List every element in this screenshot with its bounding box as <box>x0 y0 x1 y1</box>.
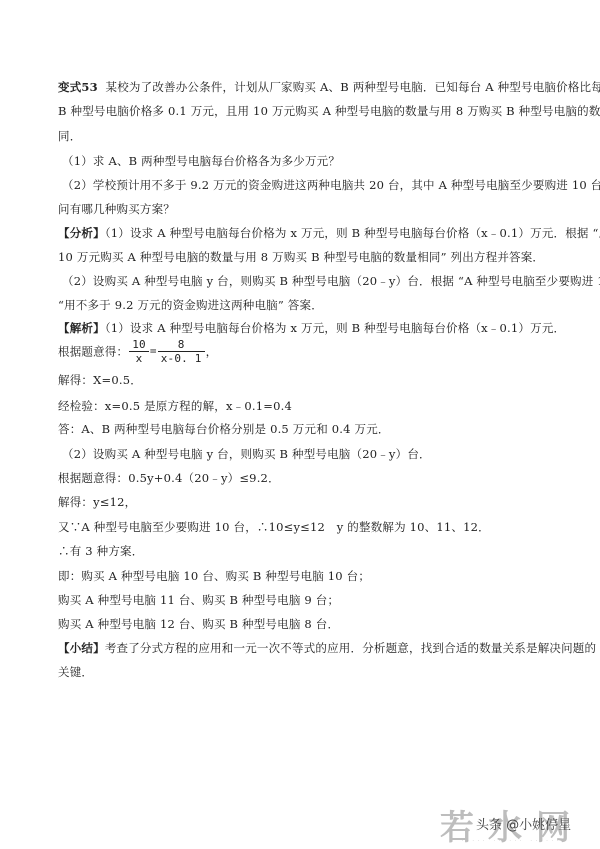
solution-step: 根据题意得：0.5y+0.4（20﹣y）≤9.2． <box>58 471 280 485</box>
analysis-label: 【分析】 <box>58 226 105 240</box>
watermark-subtext: ····· ······ ······ <box>462 838 562 843</box>
analysis-line-3: （2）设购买 A 种型号电脑 y 台，则购买 B 种型号电脑（20﹣y）台．根据… <box>62 274 600 288</box>
problem-line-2: B 种型号电脑价格多 0.1 万元，且用 10 万元购买 A 种型号电脑的数量与… <box>58 104 600 118</box>
problem-label: 变式53 <box>58 80 98 94</box>
analysis-line-4: “用不多于 9.2 万元的资金购进这两种电脑” 答案． <box>58 298 323 312</box>
equation-line: 根据题意得：10x=8x-0. 1， <box>58 338 217 365</box>
solution-step: 即：购买 A 种型号电脑 10 台、购买 B 种型号电脑 10 台； <box>58 569 370 583</box>
solution-step: （2）设购买 A 种型号电脑 y 台，则购买 B 种型号电脑（20﹣y）台． <box>62 447 431 461</box>
solution-step: 又∵A 种型号电脑至少要购进 10 台，∴10≤y≤12 y 的整数解为 10、… <box>58 520 490 534</box>
summary-label: 【小结】 <box>58 641 105 655</box>
solution-line-1: 【解析】（1）设求 A 种型号电脑每台价格为 x 万元，则 B 种型号电脑每台价… <box>58 321 565 335</box>
fraction-right: 8x-0. 1 <box>158 338 205 365</box>
analysis-line-1: 【分析】（1）设求 A 种型号电脑每台价格为 x 万元，则 B 种型号电脑每台价… <box>58 226 600 240</box>
fraction-left: 10x <box>129 338 149 365</box>
solution-step: 解得：y≤12， <box>58 495 136 509</box>
question-2-line-2: 问有哪几种购买方案？ <box>58 202 175 216</box>
document-page: 变式53 某校为了改善办公条件，计划从厂家购买 A、B 两种型号电脑．已知每台 … <box>0 0 600 849</box>
summary-line-2: 关键． <box>58 665 93 679</box>
analysis-line-2: 10 万元购买 A 种型号电脑的数量与用 8 万购买 B 种型号电脑的数量相同”… <box>58 250 544 264</box>
watermark: 若水网 头条 @小姚停星 ····· ······ ······ <box>440 800 590 845</box>
summary-line-1: 【小结】考查了分式方程的应用和一元一次不等式的应用．分析题意，找到合适的数量关系… <box>58 641 596 655</box>
solution-step: 答：A、B 两种型号电脑每台价格分别是 0.5 万元和 0.4 万元． <box>58 422 390 436</box>
question-1: （1）求 A、B 两种型号电脑每台价格各为多少万元？ <box>62 154 340 168</box>
solution-step: 购买 A 种型号电脑 11 台、购买 B 种型号电脑 9 台； <box>58 593 339 607</box>
solution-step: 解得：X=0.5． <box>58 373 142 387</box>
watermark-author: 头条 @小姚停星 <box>476 814 571 833</box>
problem-line-1: 变式53 某校为了改善办公条件，计划从厂家购买 A、B 两种型号电脑．已知每台 … <box>58 80 600 94</box>
question-2-line-1: （2）学校预计用不多于 9.2 万元的资金购进这两种电脑共 20 台，其中 A … <box>62 178 600 192</box>
solution-step: 经检验：x=0.5 是原方程的解，x﹣0.1=0.4 <box>58 399 292 413</box>
problem-line-3: 同． <box>58 129 81 143</box>
solution-label: 【解析】 <box>58 321 105 335</box>
solution-step: 购买 A 种型号电脑 12 台、购买 B 种型号电脑 8 台． <box>58 617 339 631</box>
solution-step: ∴有 3 种方案． <box>58 544 143 558</box>
